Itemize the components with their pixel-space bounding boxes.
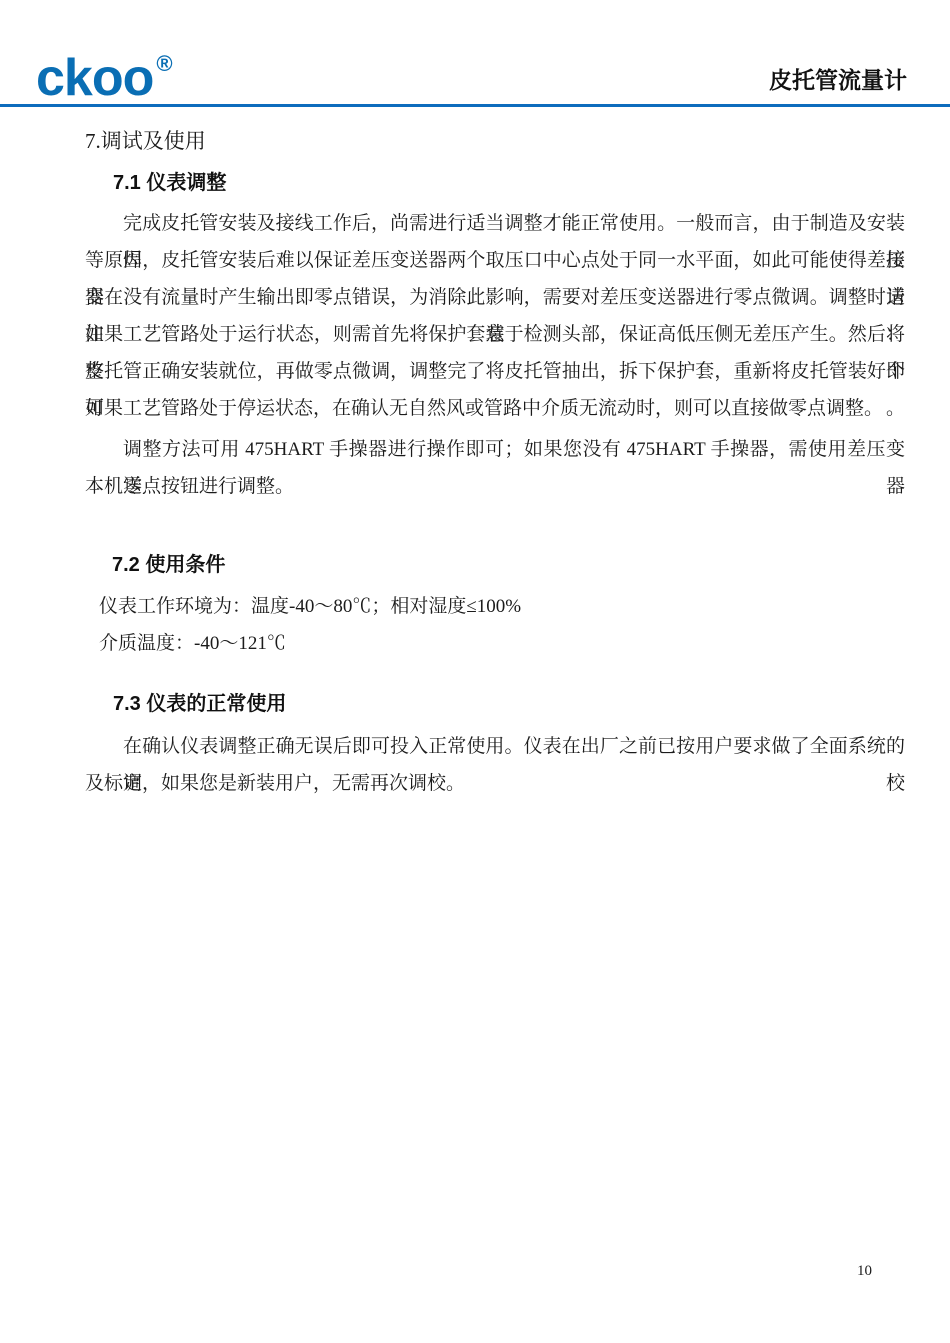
operating-environment-line: 仪表工作环境为：温度-40～80℃；相对湿度≤100% (99, 588, 905, 625)
brand-logo-text: ckoo (36, 49, 153, 107)
paragraph-line: 在确认仪表调整正确无误后即可投入正常使用。仪表在出厂之前已按用户要求做了全面系统… (85, 728, 905, 765)
section-7-1-paragraph-2: 调整方法可用 475HART 手操器进行操作即可；如果您没有 475HART 手… (85, 431, 905, 505)
registered-trademark-icon: ® (156, 51, 172, 76)
section-7-3-paragraph: 在确认仪表调整正确无误后即可投入正常使用。仪表在出厂之前已按用户要求做了全面系统… (85, 728, 905, 802)
section-7-1-heading: 7.1 仪表调整 (113, 169, 226, 197)
document-page: ckoo® 皮托管流量计 7.调试及使用 7.1 仪表调整 完成皮托管安装及接线… (0, 0, 950, 1343)
paragraph-line: 完成皮托管安装及接线工作后，尚需进行适当调整才能正常使用。一般而言，由于制造及安… (85, 205, 905, 242)
header-rule-divider (0, 104, 950, 107)
paragraph-line: 如果工艺管路处于运行状态，则需首先将保护套装于检测头部，保证高低压侧无差压产生。… (85, 316, 905, 353)
section-7-2-heading: 7.2 使用条件 (112, 551, 225, 579)
brand-logo: ckoo® (36, 36, 173, 106)
section-7-2-content: 仪表工作环境为：温度-40～80℃；相对湿度≤100% 介质温度：-40～121… (99, 588, 905, 662)
section-7-3-heading: 7.3 仪表的正常使用 (113, 690, 286, 718)
medium-temperature-line: 介质温度：-40～121℃ (99, 625, 905, 662)
paragraph-line: 皮托管正确安装就位，再做零点微调，调整完了将皮托管抽出，拆下保护套，重新将皮托管… (85, 353, 905, 390)
paragraph-line: 器在没有流量时产生输出即零点错误，为消除此影响，需要对差压变送器进行零点微调。调… (85, 279, 905, 316)
page-number: 10 (857, 1260, 872, 1282)
paragraph-line: 调整方法可用 475HART 手操器进行操作即可；如果您没有 475HART 手… (85, 431, 905, 468)
chapter-title: 7.调试及使用 (85, 126, 206, 156)
paragraph-line: 如果工艺管路处于停运状态，在确认无自然风或管路中介质无流动时，则可以直接做零点调… (85, 390, 905, 427)
doc-title: 皮托管流量计 (769, 62, 907, 95)
section-7-1-paragraph-1: 完成皮托管安装及接线工作后，尚需进行适当调整才能正常使用。一般而言，由于制造及安… (85, 205, 905, 427)
paragraph-line: 等原因，皮托管安装后难以保证差压变送器两个取压口中心点处于同一水平面，如此可能使… (85, 242, 905, 279)
